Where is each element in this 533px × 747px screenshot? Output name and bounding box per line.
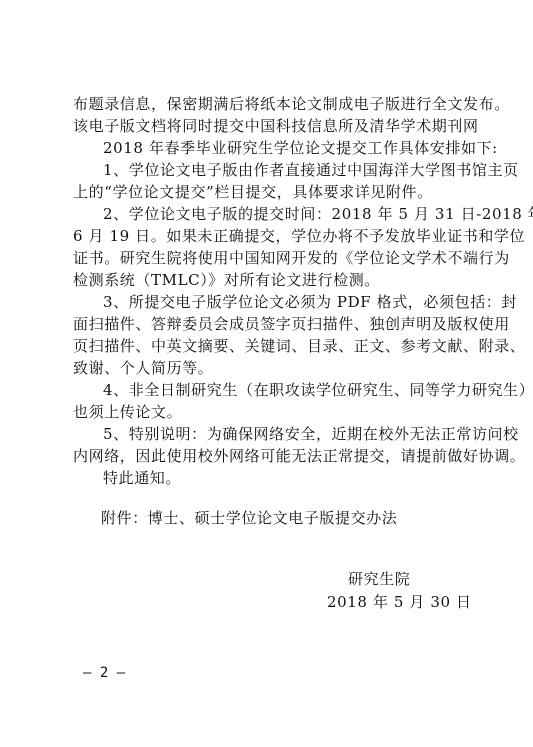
item-3-line-1: 3、所提交电子版学位论文必须为 PDF 格式，必须包括：封 <box>103 291 469 313</box>
item-3-line-4: 致谢、个人简历等。 <box>73 357 469 379</box>
signature-org: 研究生院 <box>348 568 410 590</box>
item-5-line-1: 5、特别说明：为确保网络安全，近期在校外无法正常访问校 <box>103 423 469 445</box>
item-3-line-3: 页扫描件、中英文摘要、关键词、目录、正文、参考文献、附录、 <box>73 335 469 357</box>
item-2-line-3: 证书。研究生院将使用中国知网开发的《学位论文学术不端行为 <box>73 247 469 269</box>
item-1-line-2: 上的“学位论文提交”栏目提交，具体要求详见附件。 <box>73 181 469 203</box>
item-2-line-2: 6 月 19 日。如果未正确提交，学位办将不予发放毕业证书和学位 <box>73 225 469 247</box>
body-line-1: 布题录信息，保密期满后将纸本论文制成电子版进行全文发布。 <box>73 93 469 115</box>
attachment-line: 附件：博士、硕士学位论文电子版提交办法 <box>101 507 397 529</box>
item-5-line-2: 内网络，因此使用校外网络可能无法正常提交，请提前做好协调。 <box>73 445 469 467</box>
closing-line: 特此通知。 <box>103 467 469 489</box>
item-4-line-1: 4、非全日制研究生（在职攻读学位研究生、同等学力研究生） <box>103 379 469 401</box>
page-number: — 2 — <box>83 662 125 684</box>
item-4-line-2: 也须上传论文。 <box>73 401 469 423</box>
body-line-3: 2018 年春季毕业研究生学位论文提交工作具体安排如下: <box>103 137 469 159</box>
body-line-2: 该电子版文档将同时提交中国科技信息所及清华学术期刊网 <box>73 115 469 137</box>
item-3-line-2: 面扫描件、答辩委员会成员签字页扫描件、独创声明及版权使用 <box>73 313 469 335</box>
signature-date: 2018 年 5 月 30 日 <box>327 591 472 613</box>
document-page: 布题录信息，保密期满后将纸本论文制成电子版进行全文发布。 该电子版文档将同时提交… <box>0 0 533 747</box>
item-2-line-4: 检测系统（TMLC）》对所有论文进行检测。 <box>73 269 469 291</box>
item-2-line-1: 2、学位论文电子版的提交时间：2018 年 5 月 31 日-2018 年 <box>103 203 469 225</box>
item-1-line-1: 1、学位论文电子版由作者直接通过中国海洋大学图书馆主页 <box>103 159 469 181</box>
